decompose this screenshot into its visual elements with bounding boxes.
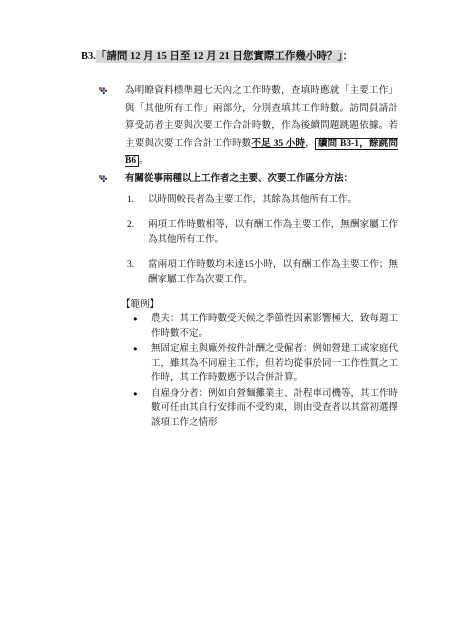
rule-text: 兩項工作時數相等，以有酬工作為主要工作，無酬家屬工作為其他所有工作。 [148,218,398,248]
circle-bullet-icon: ● [133,312,151,327]
example-text: 農夫：其工作時數受天候之季節性因素影響極大，致每週工作時數不定。 [151,312,398,341]
example-header: 【範例】 [121,298,398,312]
question-title-suffix: ： [343,51,354,62]
numbered-rule-2: 2. 兩項工作時數相等，以有酬工作為主要工作，無酬家屬工作為其他所有工作。 [127,218,398,248]
numbered-rule-1: 1. 以時間較長者為主要工作，其餘為其他所有工作。 [127,193,398,208]
question-title-highlighted: 「請問 12 月 15 日至 12 月 21 日您實際工作幾小時？」 [96,50,343,63]
numbered-rule-list: 1. 以時間較長者為主要工作，其餘為其他所有工作。 2. 兩項工作時數相等，以有… [81,193,398,288]
rule-number: 1. [127,193,148,208]
question-title-line: B3.「請問 12 月 15 日至 12 月 21 日您實際工作幾小時？」： [81,50,398,63]
example-text: 自雇身分者：例如自營麵攤業主、計程車司機等，其工作時數可任由其自行安排而不受約束… [151,387,398,431]
example-text: 無固定雇主與廠外按件計酬之受僱者：例如營建工或家庭代工，雖其為不同雇主工作，但若… [151,342,398,386]
question-id: B3. [81,51,96,62]
instruction-1-underlined: 不足 35 小時 [252,139,306,149]
instruction-1-mid: ， [305,139,315,149]
instruction-bullet-2: ✤ 有關從事兩種以上工作者之主要、次要工作區分方法： [81,171,398,190]
document-page: B3.「請問 12 月 15 日至 12 月 21 日您實際工作幾小時？」： ✤… [0,0,452,640]
instruction-1-text: 為明瞭資料標準週七天內之工作時數，查填時應就「主要工作」與「其他所有工作」兩部分… [125,83,398,171]
example-section: 【範例】 ● 農夫：其工作時數受天候之季節性因素影響極大，致每週工作時數不定。 … [81,298,398,430]
rule-text: 當兩項工作時數均未達15小時，以有酬工作為主要工作；無酬家屬工作為次要工作。 [148,258,398,288]
diamond-bullet-icon: ✤ [100,171,108,189]
circle-bullet-icon: ● [133,342,151,357]
rule-text: 以時間較長者為主要工作，其餘為其他所有工作。 [148,193,398,208]
example-item-3: ● 自雇身分者：例如自營麵攤業主、計程車司機等，其工作時數可任由其自行安排而不受… [133,387,398,431]
circle-bullet-icon: ● [133,387,151,402]
bullet-icon-col: ✤ [100,171,125,190]
page-content: B3.「請問 12 月 15 日至 12 月 21 日您實際工作幾小時？」： ✤… [0,0,452,430]
instruction-2-heading: 有關從事兩種以上工作者之主要、次要工作區分方法： [125,171,398,189]
diamond-bullet-icon: ✤ [100,83,108,101]
instruction-1-tail: 。 [139,156,149,166]
rule-number: 3. [127,258,148,273]
rule-number: 2. [127,218,148,233]
numbered-rule-3: 3. 當兩項工作時數均未達15小時，以有酬工作為主要工作；無酬家屬工作為次要工作… [127,258,398,288]
bullet-icon-col: ✤ [100,83,125,102]
instruction-bullet-1: ✤ 為明瞭資料標準週七天內之工作時數，查填時應就「主要工作」與「其他所有工作」兩… [81,83,398,171]
example-item-2: ● 無固定雇主與廠外按件計酬之受僱者：例如營建工或家庭代工，雖其為不同雇主工作，… [133,342,398,386]
example-item-1: ● 農夫：其工作時數受天候之季節性因素影響極大，致每週工作時數不定。 [133,312,398,341]
